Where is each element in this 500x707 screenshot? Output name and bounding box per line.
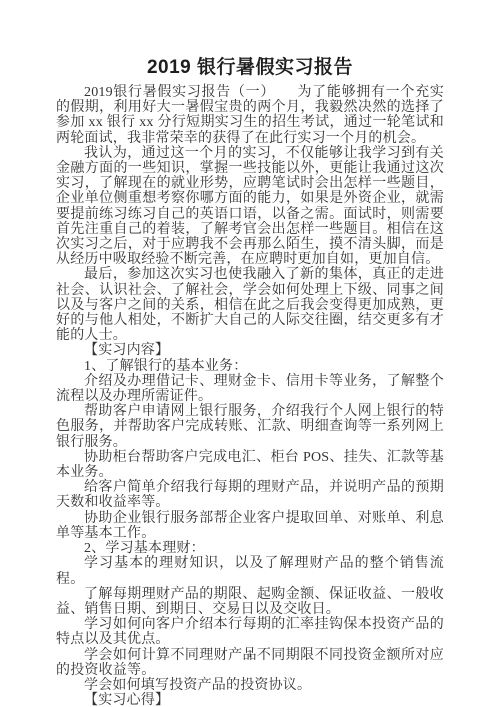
paragraph-intro: 2019银行暑假实习报告（一） 为了能够拥有一个充实的假期，利用好大一暑假宝贵的… <box>56 85 444 146</box>
paragraph-online-banking: 帮助客户申请网上银行服务，介绍我行个人网上银行的特色服务，并帮助客户完成转账、汇… <box>56 404 444 450</box>
paragraph-counter-services: 协助柜台帮助客户完成电汇、柜台 POS、挂失、汇款等基本业务。 <box>56 450 444 480</box>
paragraph-corporate-services: 协助企业银行服务部帮企业客户提取回单、对账单、利息单等基本工作。 <box>56 511 444 541</box>
paragraph-product-terms: 了解每期理财产品的期限、起购金额、保证收益、一般收益、销售日期、到期日、交易日以… <box>56 587 444 617</box>
paragraph-product-features: 学习如何向客户介绍本行每期的汇率挂钩保本投资产品的特点以及其优点。 <box>56 617 444 647</box>
paragraph-purpose: 我认为，通过这一个月的实习，不仅能够让我学习到有关金融方面的一些知识，掌握一些技… <box>56 146 444 268</box>
list-item-basic-finance: 2、学习基本理财： <box>56 541 444 556</box>
paragraph-conclusion-social: 最后，参加这次实习也使我融入了新的集体，真正的走进社会、认识社会、了解社会，学会… <box>56 267 444 343</box>
document-page: 2019 银行暑假实习报告 2019银行暑假实习报告（一） 为了能够拥有一个充实… <box>0 0 500 707</box>
page-number: 1 <box>0 649 500 660</box>
paragraph-wealth-products: 给客户简单介绍我行每期的理财产品，并说明产品的预期天数和收益率等。 <box>56 480 444 510</box>
list-item-basic-business: 1、了解银行的基本业务： <box>56 359 444 374</box>
section-header-internship-content: 【实习内容】 <box>56 343 444 358</box>
section-header-internship-experience: 【实习心得】 <box>56 693 444 707</box>
document-title: 2019 银行暑假实习报告 <box>0 57 500 78</box>
paragraph-card-services: 介绍及办理借记卡、理财金卡、信用卡等业务，了解整个流程以及办理所需证件。 <box>56 374 444 404</box>
paragraph-finance-knowledge: 学习基本的理财知识，以及了解理财产品的整个销售流程。 <box>56 556 444 586</box>
document-body: 2019银行暑假实习报告（一） 为了能够拥有一个充实的假期，利用好大一暑假宝贵的… <box>56 85 444 707</box>
paragraph-investment-agreement: 学会如何填写投资产品的投资协议。 <box>56 678 444 693</box>
